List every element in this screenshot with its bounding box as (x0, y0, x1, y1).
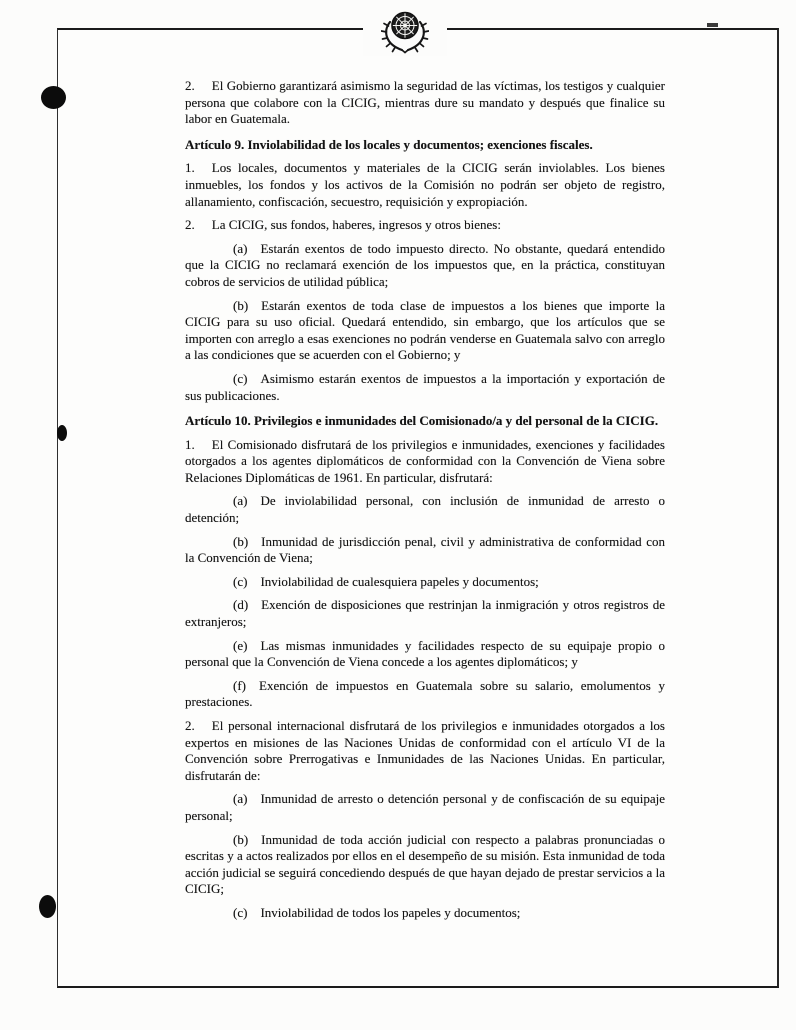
paragraph-label: 2. (185, 217, 195, 232)
paragraph-label: (b) (233, 832, 248, 847)
paragraph: (c)Inviolabilidad de todos los papeles y… (185, 905, 665, 922)
paragraph-label: (c) (233, 905, 247, 920)
paragraph-label: (c) (233, 574, 247, 589)
paragraph-text: Inmunidad de arresto o detención persona… (185, 791, 665, 823)
paragraph-label: 2. (185, 78, 195, 93)
paragraph-label: (a) (233, 241, 247, 256)
paragraph-label: (a) (233, 791, 247, 806)
paragraph-label: (e) (233, 638, 247, 653)
paragraph-label: (d) (233, 597, 248, 612)
paragraph-text: El personal internacional disfrutará de … (185, 718, 665, 783)
paragraph: (e)Las mismas inmunidades y facilidades … (185, 638, 665, 671)
paragraph: 1.El Comisionado disfrutará de los privi… (185, 437, 665, 487)
paragraph: (b)Estarán exentos de toda clase de impu… (185, 298, 665, 364)
paragraph: (b)Inmunidad de jurisdicción penal, civi… (185, 534, 665, 567)
paragraph: 2.La CICIG, sus fondos, haberes, ingreso… (185, 217, 665, 234)
paragraph-label: (f) (233, 678, 246, 693)
paragraph-text: De inviolabilidad personal, con inclusió… (185, 493, 665, 525)
paragraph-label: (a) (233, 493, 247, 508)
paragraph-text: Estarán exentos de toda clase de impuest… (185, 298, 665, 363)
paragraph-label: 1. (185, 160, 195, 175)
paragraph-text: Asimismo estarán exentos de impuestos a … (185, 371, 665, 403)
paragraph-text: Inviolabilidad de cualesquiera papeles y… (260, 574, 538, 589)
paragraph: (a)De inviolabilidad personal, con inclu… (185, 493, 665, 526)
paragraph-label: 2. (185, 718, 195, 733)
article-heading: Artículo 10. Privilegios e inmunidades d… (185, 413, 665, 430)
document-body: 2.El Gobierno garantizará asimismo la se… (185, 78, 665, 922)
paragraph-text: Inmunidad de jurisdicción penal, civil y… (185, 534, 665, 566)
paragraph-text: El Comisionado disfrutará de los privile… (185, 437, 665, 485)
paragraph: 2.El personal internacional disfrutará d… (185, 718, 665, 784)
paragraph-text: Los locales, documentos y materiales de … (185, 160, 665, 208)
paragraph: (a)Inmunidad de arresto o detención pers… (185, 791, 665, 824)
binder-dot-middle (57, 425, 67, 441)
paragraph: (a)Estarán exentos de todo impuesto dire… (185, 241, 665, 291)
paragraph: (c)Asimismo estarán exentos de impuestos… (185, 371, 665, 404)
paragraph: (d)Exención de disposiciones que restrin… (185, 597, 665, 630)
paragraph: (c)Inviolabilidad de cualesquiera papele… (185, 574, 665, 591)
paragraph-text: Las mismas inmunidades y facilidades res… (185, 638, 665, 670)
paragraph-text: La CICIG, sus fondos, haberes, ingresos … (212, 217, 501, 232)
article-heading: Artículo 9. Inviolabilidad de los locale… (185, 137, 665, 154)
paragraph: 2.El Gobierno garantizará asimismo la se… (185, 78, 665, 128)
paragraph: (b)Inmunidad de toda acción judicial con… (185, 832, 665, 898)
paragraph-text: Artículo 9. Inviolabilidad de los locale… (185, 137, 593, 152)
paragraph: (f)Exención de impuestos en Guatemala so… (185, 678, 665, 711)
scan-artifact-mark (707, 23, 718, 27)
paragraph-text: Estarán exentos de todo impuesto directo… (185, 241, 665, 289)
paragraph-text: Inviolabilidad de todos los papeles y do… (260, 905, 520, 920)
paragraph-text: Inmunidad de toda acción judicial con re… (185, 832, 665, 897)
paragraph-text: Artículo 10. Privilegios e inmunidades d… (185, 413, 658, 428)
united-nations-emblem-icon (381, 8, 429, 54)
paragraph-text: Exención de impuestos en Guatemala sobre… (185, 678, 665, 710)
paragraph: 1.Los locales, documentos y materiales d… (185, 160, 665, 210)
paragraph-text: Exención de disposiciones que restrinjan… (185, 597, 665, 629)
binder-dot-bottom (39, 895, 56, 918)
paragraph-label: 1. (185, 437, 195, 452)
paragraph-label: (c) (233, 371, 247, 386)
paragraph-label: (b) (233, 534, 248, 549)
paragraph-text: El Gobierno garantizará asimismo la segu… (185, 78, 665, 126)
paragraph-label: (b) (233, 298, 248, 313)
binder-dot-top (41, 86, 66, 109)
